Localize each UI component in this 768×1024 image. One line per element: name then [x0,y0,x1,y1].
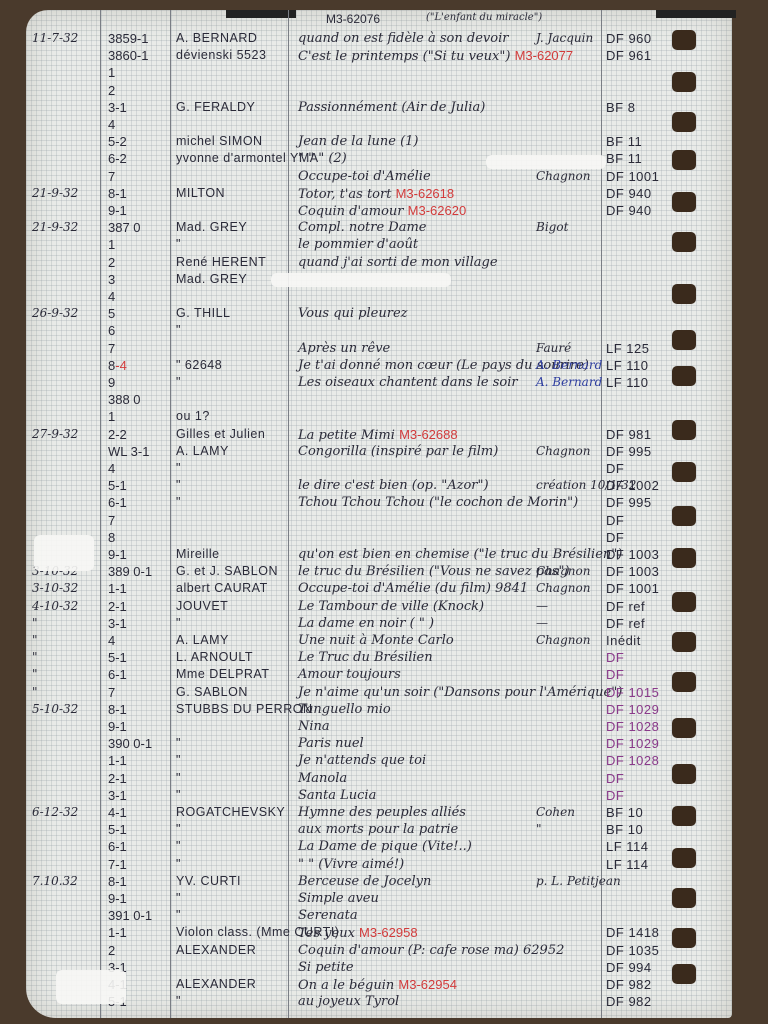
annotation: Chagnon [536,632,616,649]
matrix-number: 7 [108,340,178,357]
artist-name: " [176,993,286,1010]
artist-name: A. LAMY [176,632,286,649]
matrix-number: 4 [108,288,178,305]
song-title: Coquin d'amour (P: cafe rose ma) 62952 [298,942,598,959]
annotation: Fauré [536,340,616,357]
artist-name: A. LAMY [176,443,286,460]
matrix-number: 2-1 [108,598,178,615]
entry-date: 3-10-32 [32,580,102,597]
entry-date: 5-10-32 [32,701,102,718]
ledger-row: 2 [26,82,732,99]
artist-name: Mad. GREY [176,271,286,288]
artist-name: G. et J. SABLON [176,563,286,580]
annotation: — [536,615,616,632]
matrix-number: 1-1 [108,924,178,941]
song-title: C'est le printemps ("Si tu veux") M3-620… [298,47,598,65]
song-title: Amour toujours [298,666,598,683]
matrix-number: 2 [108,254,178,271]
artist-name: JOUVET [176,598,286,615]
ledger-row: 391 0-1"Serenata [26,907,732,924]
artist-name: Gilles et Julien [176,426,286,443]
artist-name: dévienski 5523 [176,47,286,64]
ledger-row: 1-1Violon class. (Mme CURTI)Tes yeux M3-… [26,924,732,941]
matrix-number: 5 [108,305,178,322]
correction-fluid [56,970,126,1004]
ledger-row: 5-1"au joyeux TyrolDF 982 [26,993,732,1010]
matrix-number: 3-1 [108,615,178,632]
catalogue-number: DF 1001 [606,168,696,185]
entry-date: 11-7-32 [32,30,102,47]
artist-name: albert CAURAT [176,580,286,597]
artist-name: Mad. GREY [176,219,286,236]
annotation: A. Bernard [536,374,616,391]
ledger-row: 2ALEXANDERCoquin d'amour (P: cafe rose m… [26,942,732,959]
annotation: Cohen [536,804,616,821]
correction-fluid [34,535,94,571]
artist-name: MILTON [176,185,286,202]
matrix-number: 387 0 [108,219,178,236]
artist-name: " [176,890,286,907]
annotation: création 10/1/32 [536,477,616,494]
ledger-row: 4-1ALEXANDEROn a le béguin M3-62954DF 98… [26,976,732,993]
artist-name: " [176,821,286,838]
matrix-number: 4 [108,116,178,133]
artist-name: michel SIMON [176,133,286,150]
ledger-row: 3860-1dévienski 5523C'est le printemps (… [26,47,732,64]
song-title: Manola [298,770,598,787]
ledger-row: 27-9-322-2Gilles et JulienLa petite Mimi… [26,426,732,443]
ledger-row: 9-1"Simple aveu [26,890,732,907]
ledger-row: "4A. LAMYUne nuit à Monte CarloChagnonIn… [26,632,732,649]
matrix-number: 8-1 [108,185,178,202]
entry-date: 7.10.32 [32,873,102,890]
ledger-row: 4-10-322-1JOUVETLe Tambour de ville (Kno… [26,598,732,615]
matrix-number: 4-1 [108,804,178,821]
matrix-number: 6-1 [108,838,178,855]
ledger-row: 7.10.328-1YV. CURTIBerceuse de Jocelynp.… [26,873,732,890]
artist-name: ALEXANDER [176,942,286,959]
song-title: Je n'attends que toi [298,752,598,769]
artist-name: " [176,787,286,804]
song-title: Coquin d'amour M3-62620 [298,202,598,220]
song-title: qu'on est bien en chemise ("le truc du B… [298,546,598,563]
song-title: La Dame de pique (Vite!..) [298,838,598,855]
artist-name: " [176,236,286,253]
song-title: quand j'ai sorti de mon village [298,254,598,271]
matrix-number: 3-1 [108,99,178,116]
matrix-number: 2 [108,942,178,959]
song-title: Tanguello mio [298,701,598,718]
song-title: Simple aveu [298,890,598,907]
ledger-row: 3-1"Santa LuciaDF [26,787,732,804]
artist-name: René HERENT [176,254,286,271]
matrix-number: 7 [108,168,178,185]
artist-name: " [176,907,286,924]
song-title: Vous qui pleurez [298,305,598,322]
matrix-number: 390 0-1 [108,735,178,752]
ledger-row: 7-1"" " (Vivre aimé!)LF 114 [26,856,732,873]
matrix-number: 389 0-1 [108,563,178,580]
song-title: Santa Lucia [298,787,598,804]
ledger-row: 3-1Si petiteDF 994 [26,959,732,976]
song-title: au joyeux Tyrol [298,993,598,1010]
ledger-row: 7DF [26,512,732,529]
binding-tab [226,10,296,18]
artist-name: " [176,460,286,477]
entry-date: 21-9-32 [32,219,102,236]
annotation: Chagnon [536,563,616,580]
catalogue-number: DF ref [606,615,696,632]
catalogue-number: DF [606,529,696,546]
matrix-number: 4 [108,632,178,649]
song-title: On a le béguin M3-62954 [298,976,598,994]
entry-date: 21-9-32 [32,185,102,202]
ledger-row: 388 0 [26,391,732,408]
annotation: " [536,821,616,838]
matrix-number: 3-1 [108,787,178,804]
artist-name: " [176,322,286,339]
ledger-row: 2-1"ManolaDF [26,770,732,787]
song-title: " " (Vivre aimé!) [298,856,598,873]
ledger-row: 6-12-324-1ROGATCHEVSKYHymne des peuples … [26,804,732,821]
artist-name: " [176,477,286,494]
matrix-number: 3 [108,271,178,288]
artist-name: " [176,856,286,873]
song-title: Paris nuel [298,735,598,752]
matrix-number: 4 [108,460,178,477]
ledger-row: 3-10-321-1albert CAURATOccupe-toi d'Amél… [26,580,732,597]
annotation: A. Bernard [536,357,616,374]
artist-name: G. THILL [176,305,286,322]
matrix-number: 9 [108,374,178,391]
ledger-row: "3-1"La dame en noir ( " )—DF ref [26,615,732,632]
ledger-row: 21-9-32387 0Mad. GREYCompl. notre DameBi… [26,219,732,236]
matrix-number: 8 [108,529,178,546]
ledger-row: 5-1"le dire c'est bien (op. "Azor")créat… [26,477,732,494]
ledger-row: 6-1"Tchou Tchou Tchou ("le cochon de Mor… [26,494,732,511]
matrix-number: 7-1 [108,856,178,873]
matrix-number: 1 [108,408,178,425]
annotation: Chagnon [536,443,616,460]
entry-date: 6-12-32 [32,804,102,821]
artist-name: Mireille [176,546,286,563]
matrix-number: 9-1 [108,202,178,219]
song-title: Je n'aime qu'un soir ("Dansons pour l'Am… [298,684,598,701]
ledger-row: 1-1"Je n'attends que toiDF 1028 [26,752,732,769]
matrix-number: 8-1 [108,873,178,890]
entry-date: " [32,684,102,701]
matrix-number: 2 [108,82,178,99]
catalogue-number: BF 11 [606,133,696,150]
ledger-row: 8-4" 62648Je t'ai donné mon cœur (Le pay… [26,357,732,374]
matrix-number: 3860-1 [108,47,178,64]
artist-name: " [176,374,286,391]
matrix-number: 7 [108,684,178,701]
matrix-number: 6-1 [108,666,178,683]
ledger-row: WL 3-1A. LAMYCongorilla (inspiré par le … [26,443,732,460]
matrix-number: 1 [108,236,178,253]
artist-name: " [176,838,286,855]
artist-name: STUBBS DU PERRON [176,701,286,718]
ledger-row: 1"le pommier d'août [26,236,732,253]
ledger-row: 6-2yvonne d'armontel YMA" " " (2)BF 11 [26,150,732,167]
ledger-row: 7Après un rêveFauréLF 125 [26,340,732,357]
ledger-row: 3-1G. FERALDYPassionnément (Air de Julia… [26,99,732,116]
matrix-number: 8-1 [108,701,178,718]
ledger-row: 3-10-32389 0-1G. et J. SABLONle truc du … [26,563,732,580]
matrix-number: 2-2 [108,426,178,443]
entry-date: " [32,615,102,632]
entry-date: " [32,666,102,683]
artist-name: " [176,770,286,787]
matrix-number: 6 [108,322,178,339]
matrix-number: 2-1 [108,770,178,787]
song-title: le pommier d'août [298,236,598,253]
ledger-row: 9-1Mireillequ'on est bien en chemise ("l… [26,546,732,563]
catalogue-number: DF 995 [606,443,696,460]
matrix-number: 3859-1 [108,30,178,47]
binding-tab [656,10,736,18]
song-title: Tchou Tchou Tchou ("le cochon de Morin") [298,494,598,511]
annotation: J. Jacquin [536,30,616,47]
artist-name: " [176,494,286,511]
song-title: Nina [298,718,598,735]
matrix-number: 7 [108,512,178,529]
song-title: Si petite [298,959,598,976]
ledger-row: "5-1L. ARNOULTLe Truc du BrésilienDF [26,649,732,666]
ledger-row: 4"DF [26,460,732,477]
artist-name: G. SABLON [176,684,286,701]
ledger-row: 9-1Coquin d'amour M3-62620DF 940 [26,202,732,219]
matrix-number: 5-2 [108,133,178,150]
correction-fluid [486,155,606,169]
song-title: La petite Mimi M3-62688 [298,426,598,444]
ledger-row: 8DF [26,529,732,546]
artist-name: " 62648 [176,357,286,374]
entry-date: 4-10-32 [32,598,102,615]
ledger-row: 9-1NinaDF 1028 [26,718,732,735]
ledger-row: 4 [26,288,732,305]
catalogue-number: DF 982 [606,993,696,1010]
entry-date: 27-9-32 [32,426,102,443]
matrix-number: 1 [108,64,178,81]
catalogue-number: DF 1029 [606,701,696,718]
song-title: Totor, t'as tort M3-62618 [298,185,598,203]
artist-name: YV. CURTI [176,873,286,890]
artist-name: ALEXANDER [176,976,286,993]
ledger-row: 390 0-1"Paris nuelDF 1029 [26,735,732,752]
header-reference: M3-62076 [326,12,380,26]
ledger-row: 9"Les oiseaux chantent dans le soirA. Be… [26,374,732,391]
header-note: ("L'enfant du miracle") [426,12,542,23]
matrix-number: 6-2 [108,150,178,167]
matrix-number: WL 3-1 [108,443,178,460]
song-title: Tes yeux M3-62958 [298,924,598,942]
annotation: p. L. Petitjean [536,873,616,890]
matrix-number: 391 0-1 [108,907,178,924]
artist-name: " [176,615,286,632]
annotation: Bigot [536,219,616,236]
ledger-row: 7Occupe-toi d'AmélieChagnonDF 1001 [26,168,732,185]
song-title: Passionnément (Air de Julia) [298,99,598,116]
annotation: Chagnon [536,580,616,597]
ledger-row: 26-9-325G. THILLVous qui pleurez [26,305,732,322]
ledger-row: 6" [26,322,732,339]
matrix-number: 8-4 [108,357,178,374]
matrix-number: 5-1 [108,821,178,838]
ledger-row: 1ou 1? [26,408,732,425]
ledger-row: 11-7-323859-1A. BERNARDquand on est fidè… [26,30,732,47]
artist-name: ROGATCHEVSKY [176,804,286,821]
annotation: Chagnon [536,168,616,185]
ledger-page: M3-62076 ("L'enfant du miracle") 11-7-32… [26,10,732,1018]
matrix-number: 1-1 [108,752,178,769]
artist-name: yvonne d'armontel YMA [176,150,286,167]
matrix-number: 5-1 [108,649,178,666]
matrix-number: 5-1 [108,477,178,494]
matrix-number: 1-1 [108,580,178,597]
artist-name: " [176,752,286,769]
song-title: Le Truc du Brésilien [298,649,598,666]
annotation: — [536,598,616,615]
song-title: Serenata [298,907,598,924]
artist-name: G. FERALDY [176,99,286,116]
matrix-number: 6-1 [108,494,178,511]
entry-date: " [32,632,102,649]
ledger-row: 4 [26,116,732,133]
ledger-row: 5-10-328-1STUBBS DU PERRONTanguello mioD… [26,701,732,718]
ledger-row: "7G. SABLONJe n'aime qu'un soir ("Danson… [26,684,732,701]
correction-fluid [271,273,451,287]
matrix-number: 9-1 [108,546,178,563]
matrix-number: 9-1 [108,718,178,735]
entry-date: 26-9-32 [32,305,102,322]
matrix-number: 388 0 [108,391,178,408]
ledger-row: 6-1"La Dame de pique (Vite!..)LF 114 [26,838,732,855]
ledger-row: 1 [26,64,732,81]
ledger-row: 21-9-328-1MILTONTotor, t'as tort M3-6261… [26,185,732,202]
catalogue-number: DF [606,787,696,804]
ledger-row: 5-1"aux morts pour la patrie"BF 10 [26,821,732,838]
ledger-row: 5-2michel SIMONJean de la lune (1)BF 11 [26,133,732,150]
artist-name: ou 1? [176,408,286,425]
artist-name: " [176,735,286,752]
entry-date: " [32,649,102,666]
artist-name: Violon class. (Mme CURTI) [176,924,286,941]
matrix-number: 9-1 [108,890,178,907]
song-title: Jean de la lune (1) [298,133,598,150]
artist-name: A. BERNARD [176,30,286,47]
artist-name: L. ARNOULT [176,649,286,666]
ledger-row: 2René HERENTquand j'ai sorti de mon vill… [26,254,732,271]
artist-name: Mme DELPRAT [176,666,286,683]
ledger-row: "6-1Mme DELPRATAmour toujoursDF [26,666,732,683]
